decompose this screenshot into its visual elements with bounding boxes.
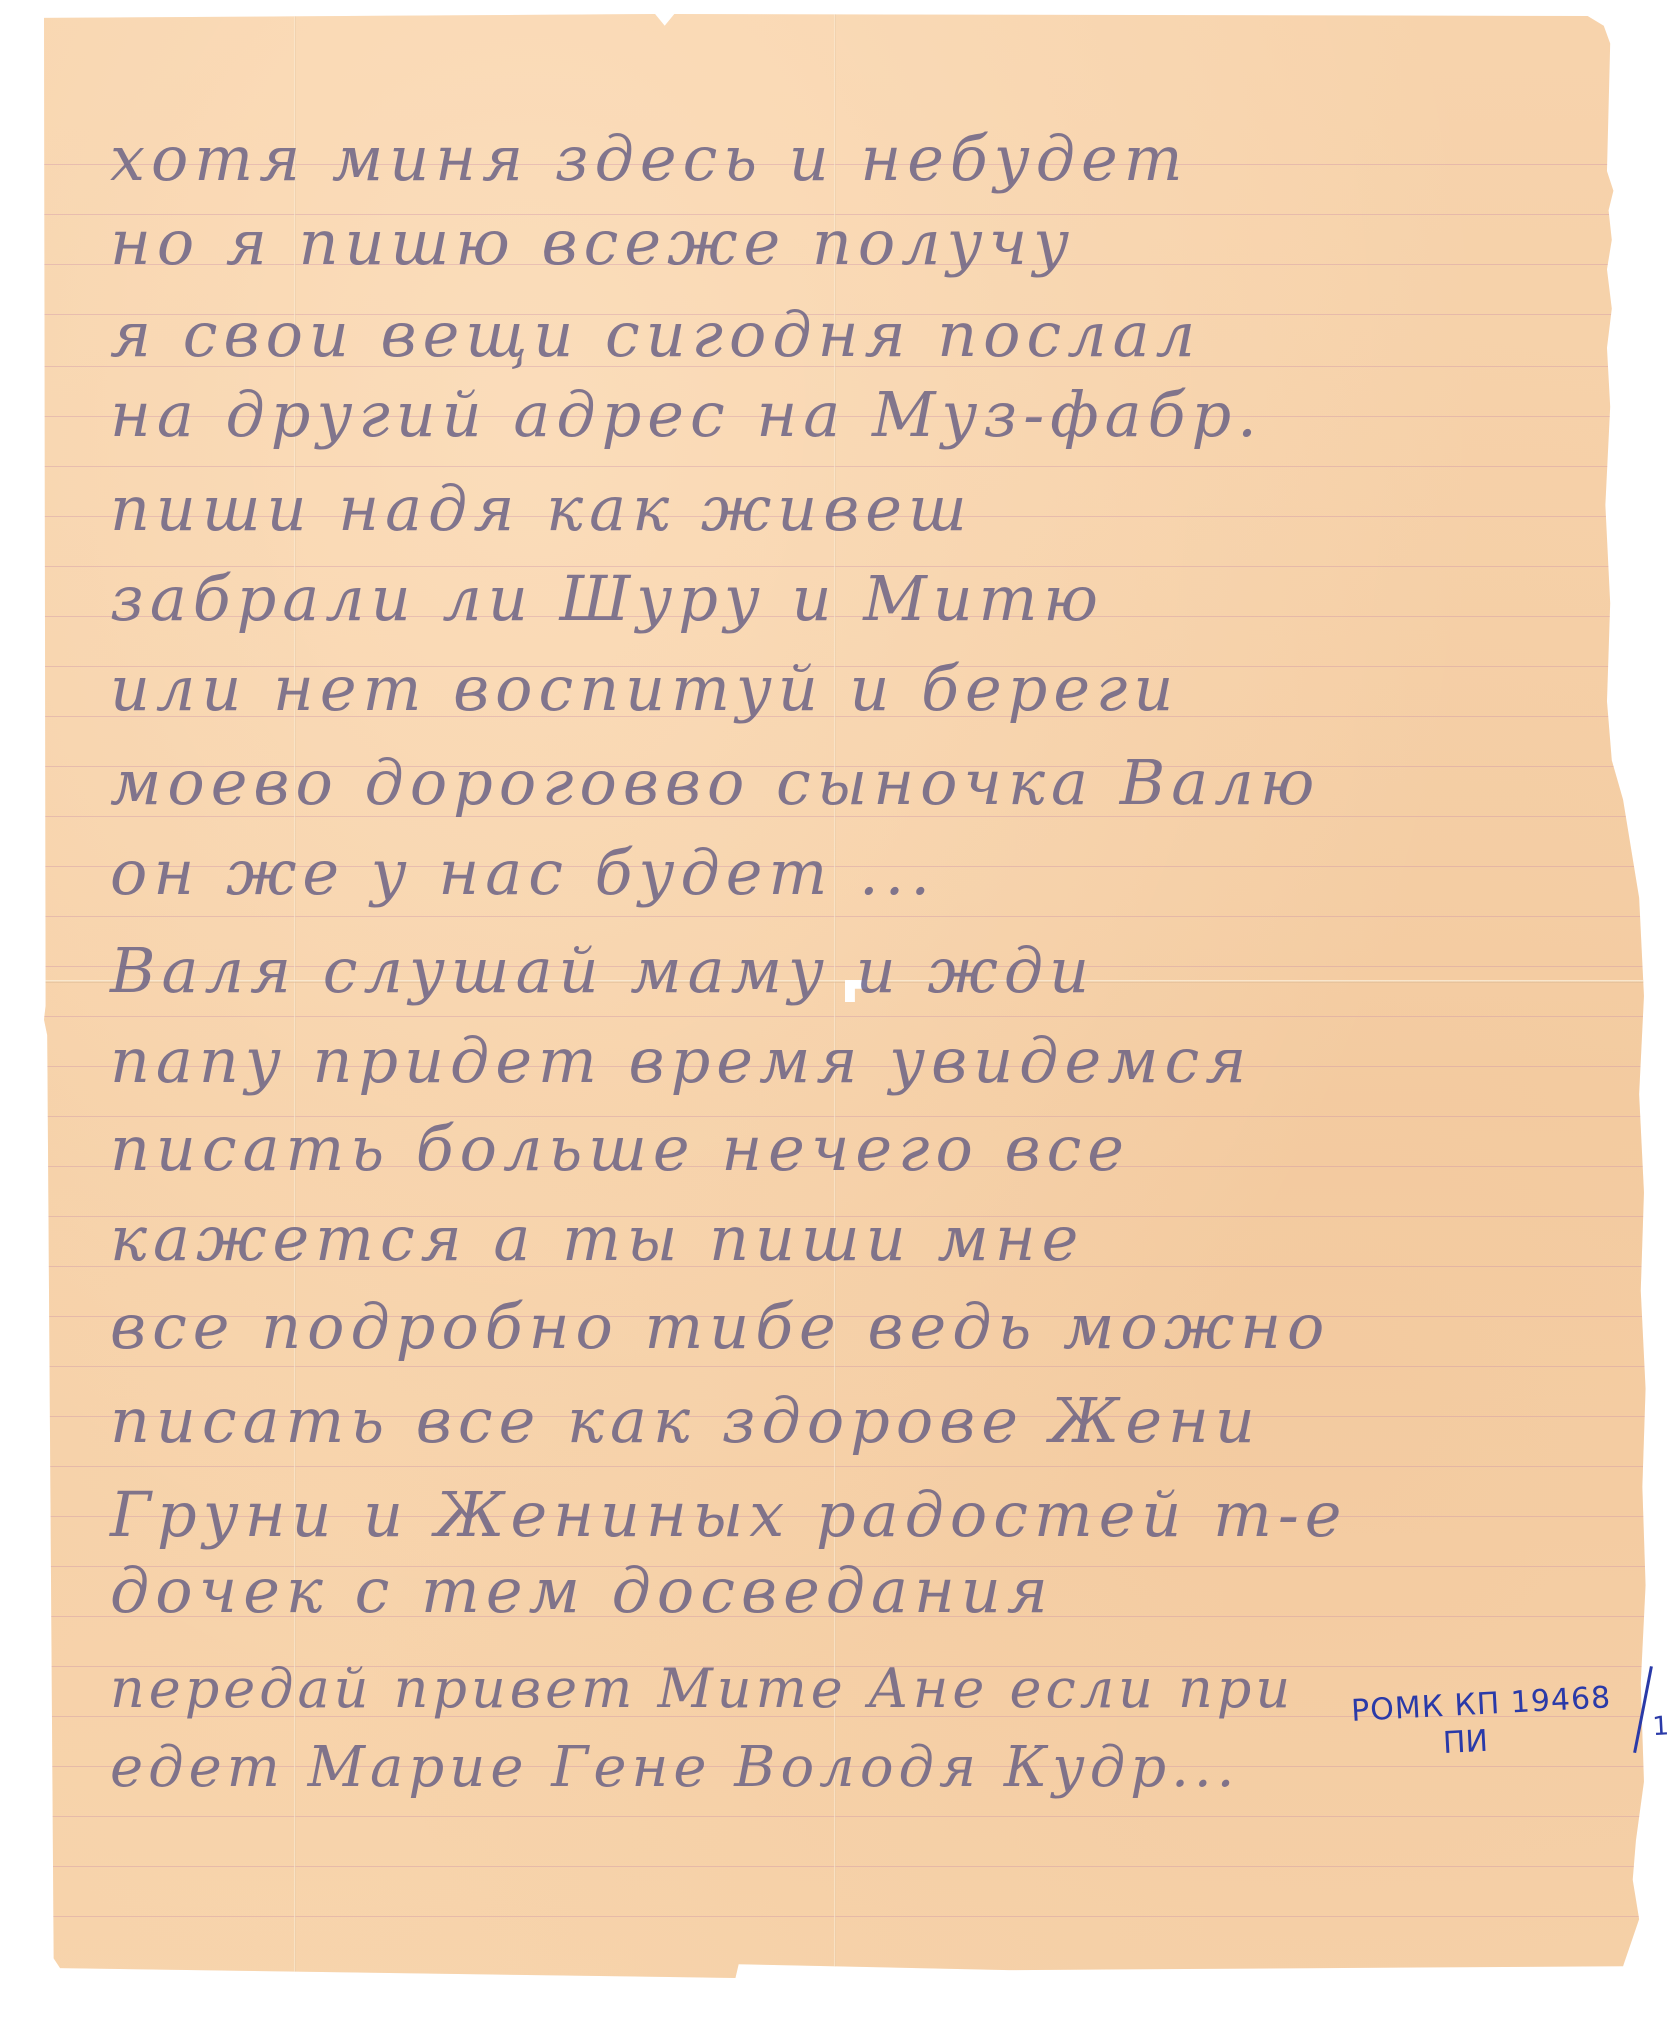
stamp-fraction: 1 <box>1652 1712 1670 1741</box>
letter-line-1: хотя миня здесь и небудет <box>110 128 1189 190</box>
letter-line-6: забрали ли Шуру и Митю <box>110 568 1104 630</box>
ruled-line <box>44 1916 1652 1917</box>
museum-inventory-stamp: РОМК КП 19468 ПИ 1 <box>1350 1681 1614 1765</box>
letter-line-9: он же у нас будет ... <box>110 842 936 904</box>
letter-line-10: Валя слушай маму и жди <box>110 940 1095 1002</box>
ruled-line <box>44 1016 1652 1017</box>
ruled-line <box>44 1366 1652 1367</box>
scanned-letter: хотя миня здесь и небудет но я пишю всеж… <box>0 0 1674 2024</box>
letter-line-19: едет Марие Гене Володя Кудр... <box>110 1740 1239 1796</box>
letter-line-8: моево дороговво сыночка Валю <box>110 752 1320 814</box>
letter-line-15: писать все как здорове Жени <box>110 1390 1261 1452</box>
letter-line-4: на другий адрес на Муз-фабр. <box>110 384 1263 446</box>
ruled-line <box>44 1866 1652 1867</box>
ruled-line <box>44 1816 1652 1817</box>
ruled-line <box>44 916 1652 917</box>
letter-line-3: я свои вещи сигодня послал <box>110 304 1201 366</box>
letter-line-5: пиши надя как живеш <box>110 478 973 540</box>
letter-line-12: писать больше нечего все <box>110 1118 1130 1180</box>
letter-line-13: кажется а ты пиши мне <box>110 1208 1084 1270</box>
letter-line-17: дочек с тем досведания <box>110 1560 1054 1622</box>
letter-line-18: передай привет Мите Ане если при <box>110 1662 1294 1716</box>
letter-line-7: или нет воспитуй и береги <box>110 658 1179 720</box>
letter-line-14: все подробно тибе ведь можно <box>110 1296 1330 1358</box>
letter-line-2: но я пишю всеже получу <box>110 212 1075 274</box>
ruled-line <box>44 466 1652 467</box>
letter-line-11: папу придет время увидемся <box>110 1030 1252 1092</box>
letter-line-16: Груни и Жениных радостей т-е <box>110 1484 1348 1546</box>
ruled-line <box>44 1466 1652 1467</box>
